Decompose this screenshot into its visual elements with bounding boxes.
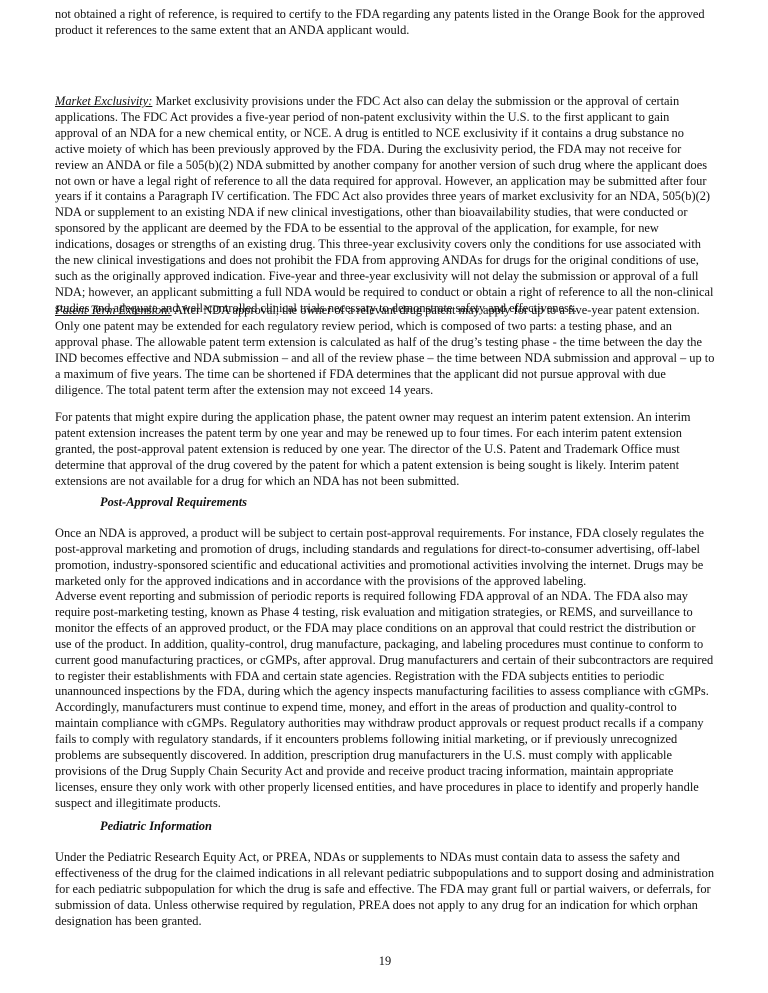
patent-term-extension-paragraph: Patent Term Extension: After NDA approva… (55, 303, 715, 398)
pediatric-heading: Pediatric Information (100, 819, 212, 835)
post-approval-paragraph-1: Once an NDA is approved, a product will … (55, 526, 715, 590)
market-exclusivity-text: Market exclusivity provisions under the … (55, 94, 713, 315)
continuation-paragraph: not obtained a right of reference, is re… (55, 7, 715, 39)
pediatric-paragraph: Under the Pediatric Research Equity Act,… (55, 850, 715, 930)
post-approval-paragraph-2: Adverse event reporting and submission o… (55, 589, 715, 812)
market-exclusivity-paragraph: Market Exclusivity: Market exclusivity p… (55, 94, 715, 317)
interim-extension-paragraph: For patents that might expire during the… (55, 410, 715, 490)
patent-term-extension-text: After NDA approval, the owner of a relev… (55, 303, 714, 397)
post-approval-heading: Post-Approval Requirements (100, 495, 247, 511)
market-exclusivity-heading: Market Exclusivity: (55, 94, 152, 108)
page-number: 19 (55, 954, 715, 970)
patent-term-extension-heading: Patent Term Extension: (55, 303, 172, 317)
